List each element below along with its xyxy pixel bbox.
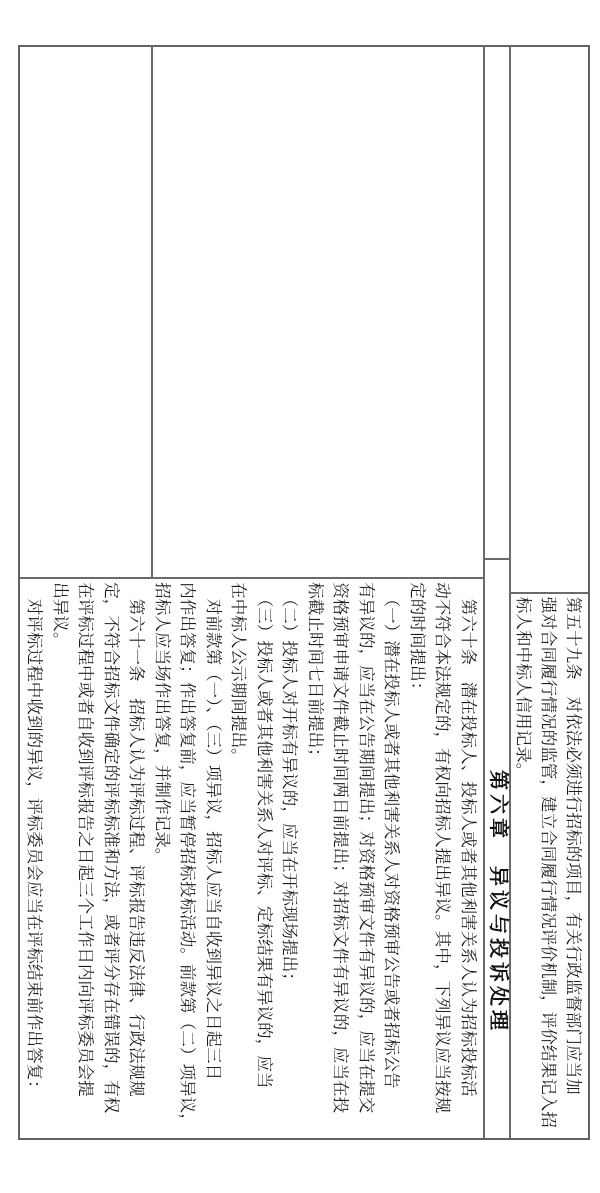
text-line: （二）投标人对开标有异议的，应当在开标现场提出； xyxy=(277,582,303,1130)
text-line: 定的时间提出： xyxy=(405,582,431,1130)
text-line: 标截止时间七日前提出； xyxy=(303,582,329,1130)
text-line: 在评标过程中或者自收到评标报告之日起三个工作日内向评标委员会提 xyxy=(73,582,99,1130)
comparison-table: 第五十九条 对依法必须进行招标的项目，有关行政监督部门应当加强对合同履行情况的监… xyxy=(18,45,590,1140)
document-page: 第五十九条 对依法必须进行招标的项目，有关行政监督部门应当加强对合同履行情况的监… xyxy=(0,0,600,1193)
text-line: 第六十条 潜在投标人、投标人或者其他利害关系人认为招标投标活 xyxy=(456,582,482,1130)
article-59-cell: 第五十九条 对依法必须进行招标的项目，有关行政监督部门应当加强对合同履行情况的监… xyxy=(511,594,588,1138)
empty-cell-left-row3-upper xyxy=(151,47,483,577)
text-line: 内作出答复；作出答复前，应当暂停招标投标活动。前款第（二）项异议， xyxy=(175,582,201,1130)
text-line: 动不符合本法规定的，有权向招标人提出异议。其中，下列异议应当按规 xyxy=(430,582,456,1130)
text-line: 定，不符合招标文件确定的评标标准和方法，或者评分存在错误的，有权 xyxy=(99,582,125,1130)
empty-cell-left-row2 xyxy=(485,47,509,560)
table-row-chapter-heading: 第六章 异议与投诉处理 xyxy=(483,47,509,1138)
text-line: 资格预审申请文件截止时间两日前提出；对招标文件有异议的，应当在投 xyxy=(328,582,354,1130)
empty-cell-left-row3-lower xyxy=(20,47,151,577)
text-line: （三）投标人或者其他利害关系人对评标、定标结果有异议的，应当 xyxy=(252,582,278,1130)
text-line: 招标人应当场作出答复，并制作记录。 xyxy=(150,582,176,1130)
text-line: 对前款第（一）、（三）项异议，招标人应当自收到异议之日起三日 xyxy=(201,582,227,1130)
text-line: 强对合同履行情况的监管，建立合同履行情况评价机制，评价结果记入招 xyxy=(536,597,561,1128)
text-line: 有异议的，应当在公告期间提出；对资格预审文件有异议的，应当在提交 xyxy=(354,582,380,1130)
text-line: 对评标过程中收到的异议，评标委员会应当在评标结束前作出答复： xyxy=(22,582,48,1130)
table-row-articles-60-61: 第六十条 潜在投标人、投标人或者其他利害关系人认为招标投标活动不符合本法规定的，… xyxy=(20,47,483,1138)
text-line: （一）潜在投标人或者其他利害关系人对资格预审公告或者招标公告 xyxy=(379,582,405,1130)
table-row-article-59: 第五十九条 对依法必须进行招标的项目，有关行政监督部门应当加强对合同履行情况的监… xyxy=(509,47,588,1138)
text-line: 标人和中标人信用记录。 xyxy=(511,597,536,1128)
empty-cell-left-row1 xyxy=(511,47,588,594)
page-viewport: 第五十九条 对依法必须进行招标的项目，有关行政监督部门应当加强对合同履行情况的监… xyxy=(0,0,600,1193)
text-line: 第五十九条 对依法必须进行招标的项目，有关行政监督部门应当加 xyxy=(561,597,586,1128)
text-line: 在中标人公示期间提出。 xyxy=(226,582,252,1130)
chapter-heading: 第六章 异议与投诉处理 xyxy=(485,560,509,1138)
articles-60-61-cell: 第六十条 潜在投标人、投标人或者其他利害关系人认为招标投标活动不符合本法规定的，… xyxy=(20,579,483,1138)
text-line: 出异议。 xyxy=(48,582,74,1130)
text-line: 第六十一条 招标人认为评标过程、评标报告违反法律、行政法规规 xyxy=(124,582,150,1130)
empty-cell-left-row3 xyxy=(20,47,483,579)
